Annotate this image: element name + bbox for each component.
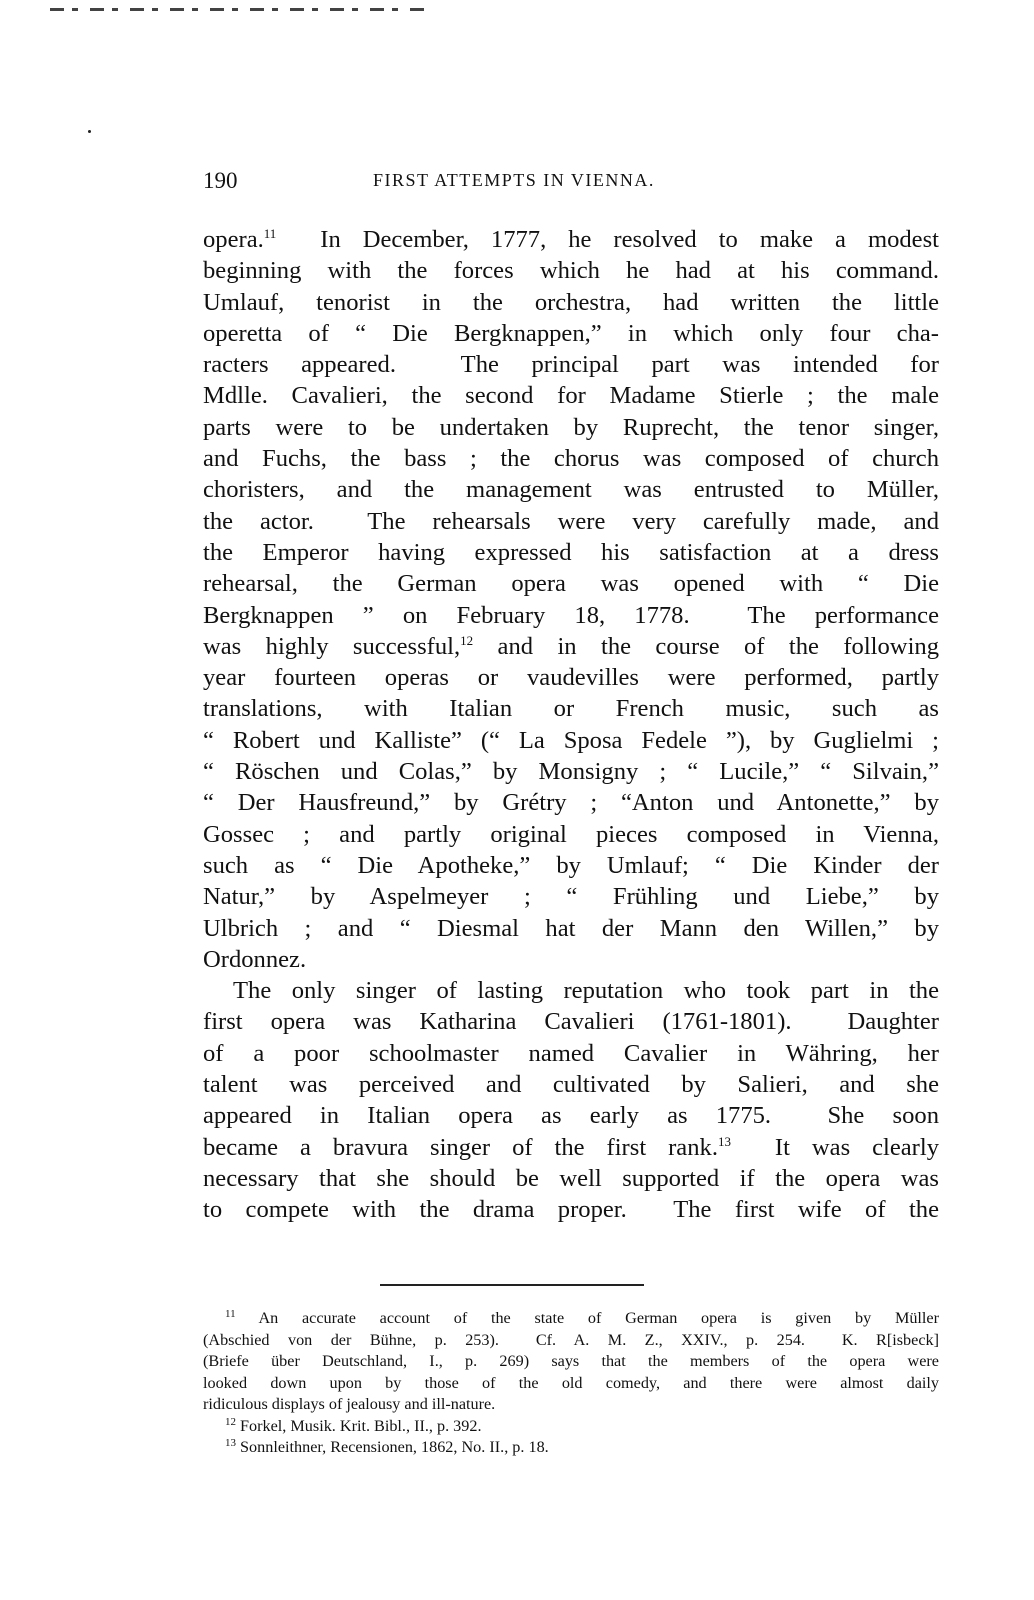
line-text: became a bravura singer of the first ran… [203,1134,718,1161]
body-line: Ordonnez. [203,944,939,975]
body-line: necessary that she should be well suppor… [203,1163,939,1194]
body-line: Natur,” by Aspelmeyer ; “ Frühling und L… [203,881,939,912]
line-text: Sonnleithner, Recensionen, 1862, No. II.… [236,1438,549,1456]
body-line: opera.11 In December, 1777, he resolved … [203,224,939,255]
body-line: Gossec ; and partly original pieces comp… [203,819,939,850]
footnote-line: ridiculous displays of jealousy and ill-… [203,1394,939,1416]
footnote-line: looked down upon by those of the old com… [203,1373,939,1395]
line-text: Ulbrich ; and “ Diesmal hat der Mann den… [203,915,939,942]
body-line: was highly successful,12 and in the cour… [203,631,939,662]
line-text: was highly successful, [203,633,460,660]
body-line: “ Röschen und Colas,” by Monsigny ; “ Lu… [203,756,939,787]
footnote-marker: 12 [460,633,473,648]
line-text: Forkel, Musik. Krit. Bibl., II., p. 392. [236,1417,482,1435]
body-line: such as “ Die Apotheke,” by Umlauf; “ Di… [203,850,939,881]
footnote-divider [380,1284,644,1286]
line-text: year fourteen operas or vaudevilles were… [203,664,939,691]
scan-artifact [50,8,430,11]
line-text: opera. [203,226,264,253]
body-line: “ Robert und Kalliste” (“ La Sposa Fedel… [203,725,939,756]
body-line: racters appeared. The principal part was… [203,349,939,380]
line-text: such as “ Die Apotheke,” by Umlauf; “ Di… [203,852,939,879]
footnote-marker: 13 [225,1437,236,1449]
line-text: Gossec ; and partly original pieces comp… [203,821,939,848]
line-text: first opera was Katharina Cavalieri (176… [203,1008,939,1035]
body-line: parts were to be undertaken by Ruprecht,… [203,412,939,443]
line-text: (Briefe über Deutschland, I., p. 269) sa… [203,1352,939,1370]
line-text: translations, with Italian or French mus… [203,695,939,722]
body-line: talent was perceived and cultivated by S… [203,1069,939,1100]
line-text: the actor. The rehearsals were very care… [203,508,939,535]
body-line: The only singer of lasting reputation wh… [203,975,939,1006]
body-line: Bergknappen ” on February 18, 1778. The … [203,600,939,631]
line-text: Umlauf, tenorist in the orchestra, had w… [203,289,939,316]
body-line: appeared in Italian opera as early as 17… [203,1100,939,1131]
line-text: to compete with the drama proper. The fi… [203,1196,939,1223]
footnote-line: 13 Sonnleithner, Recensionen, 1862, No. … [203,1437,939,1459]
body-line: the Emperor having expressed his satisfa… [203,537,939,568]
body-line: “ Der Hausfreund,” by Grétry ; “Anton un… [203,787,939,818]
line-text: of a poor schoolmaster named Cavalier in… [203,1040,939,1067]
line-text: parts were to be undertaken by Ruprecht,… [203,414,939,441]
body-line: of a poor schoolmaster named Cavalier in… [203,1038,939,1069]
line-text: ridiculous displays of jealousy and ill-… [203,1395,495,1413]
line-text: rehearsal, the German opera was opened w… [203,570,939,597]
line-text: Natur,” by Aspelmeyer ; “ Frühling und L… [203,883,939,910]
scan-artifact-dot [88,130,91,133]
body-line: and Fuchs, the bass ; the chorus was com… [203,443,939,474]
footnote-line: (Briefe über Deutschland, I., p. 269) sa… [203,1351,939,1373]
line-text: It was clearly [731,1134,939,1161]
line-text: talent was perceived and cultivated by S… [203,1071,939,1098]
body-line: translations, with Italian or French mus… [203,693,939,724]
body-line: Ulbrich ; and “ Diesmal hat der Mann den… [203,913,939,944]
line-text: Bergknappen ” on February 18, 1778. The … [203,602,939,629]
body-line: rehearsal, the German opera was opened w… [203,568,939,599]
line-text: and in the course of the following [473,633,939,660]
body-line: Mdlle. Cavalieri, the second for Madame … [203,380,939,411]
body-line: first opera was Katharina Cavalieri (176… [203,1006,939,1037]
line-text: necessary that she should be well suppor… [203,1165,939,1192]
body-line: choristers, and the management was entru… [203,474,939,505]
footnote-marker: 11 [225,1308,236,1320]
line-text: The only singer of lasting reputation wh… [233,977,939,1004]
running-title: FIRST ATTEMPTS IN VIENNA. [373,170,655,191]
body-line: to compete with the drama proper. The fi… [203,1194,939,1225]
body-line: Umlauf, tenorist in the orchestra, had w… [203,287,939,318]
line-text: looked down upon by those of the old com… [203,1374,939,1392]
line-text: An accurate account of the state of Germ… [236,1309,939,1327]
line-text: Mdlle. Cavalieri, the second for Madame … [203,382,939,409]
body-text: opera.11 In December, 1777, he resolved … [203,224,939,1226]
footnote-line: 12 Forkel, Musik. Krit. Bibl., II., p. 3… [203,1416,939,1438]
body-line: beginning with the forces which he had a… [203,255,939,286]
line-text: appeared in Italian opera as early as 17… [203,1102,939,1129]
body-line: became a bravura singer of the first ran… [203,1132,939,1163]
line-text: (Abschied von der Bühne, p. 253). Cf. A.… [203,1331,939,1349]
footnote-marker: 13 [718,1134,731,1149]
footnotes: 11 An accurate account of the state of G… [203,1308,939,1459]
footnote-marker: 12 [225,1416,236,1428]
body-line: the actor. The rehearsals were very care… [203,506,939,537]
page-header: 190 FIRST ATTEMPTS IN VIENNA. [203,168,939,198]
footnote-line: (Abschied von der Bühne, p. 253). Cf. A.… [203,1330,939,1352]
line-text: and Fuchs, the bass ; the chorus was com… [203,445,939,472]
footnote-marker: 11 [264,226,277,241]
body-line: operetta of “ Die Bergknappen,” in which… [203,318,939,349]
line-text: In December, 1777, he resolved to make a… [276,226,939,253]
line-text: Ordonnez. [203,946,306,973]
line-text: “ Robert und Kalliste” (“ La Sposa Fedel… [203,727,939,754]
line-text: beginning with the forces which he had a… [203,257,939,284]
line-text: racters appeared. The principal part was… [203,351,939,378]
page-number: 190 [203,168,238,194]
line-text: operetta of “ Die Bergknappen,” in which… [203,320,939,347]
line-text: “ Röschen und Colas,” by Monsigny ; “ Lu… [203,758,939,785]
body-line: year fourteen operas or vaudevilles were… [203,662,939,693]
line-text: choristers, and the management was entru… [203,476,939,503]
footnote-line: 11 An accurate account of the state of G… [203,1308,939,1330]
line-text: “ Der Hausfreund,” by Grétry ; “Anton un… [203,789,939,816]
line-text: the Emperor having expressed his satisfa… [203,539,939,566]
